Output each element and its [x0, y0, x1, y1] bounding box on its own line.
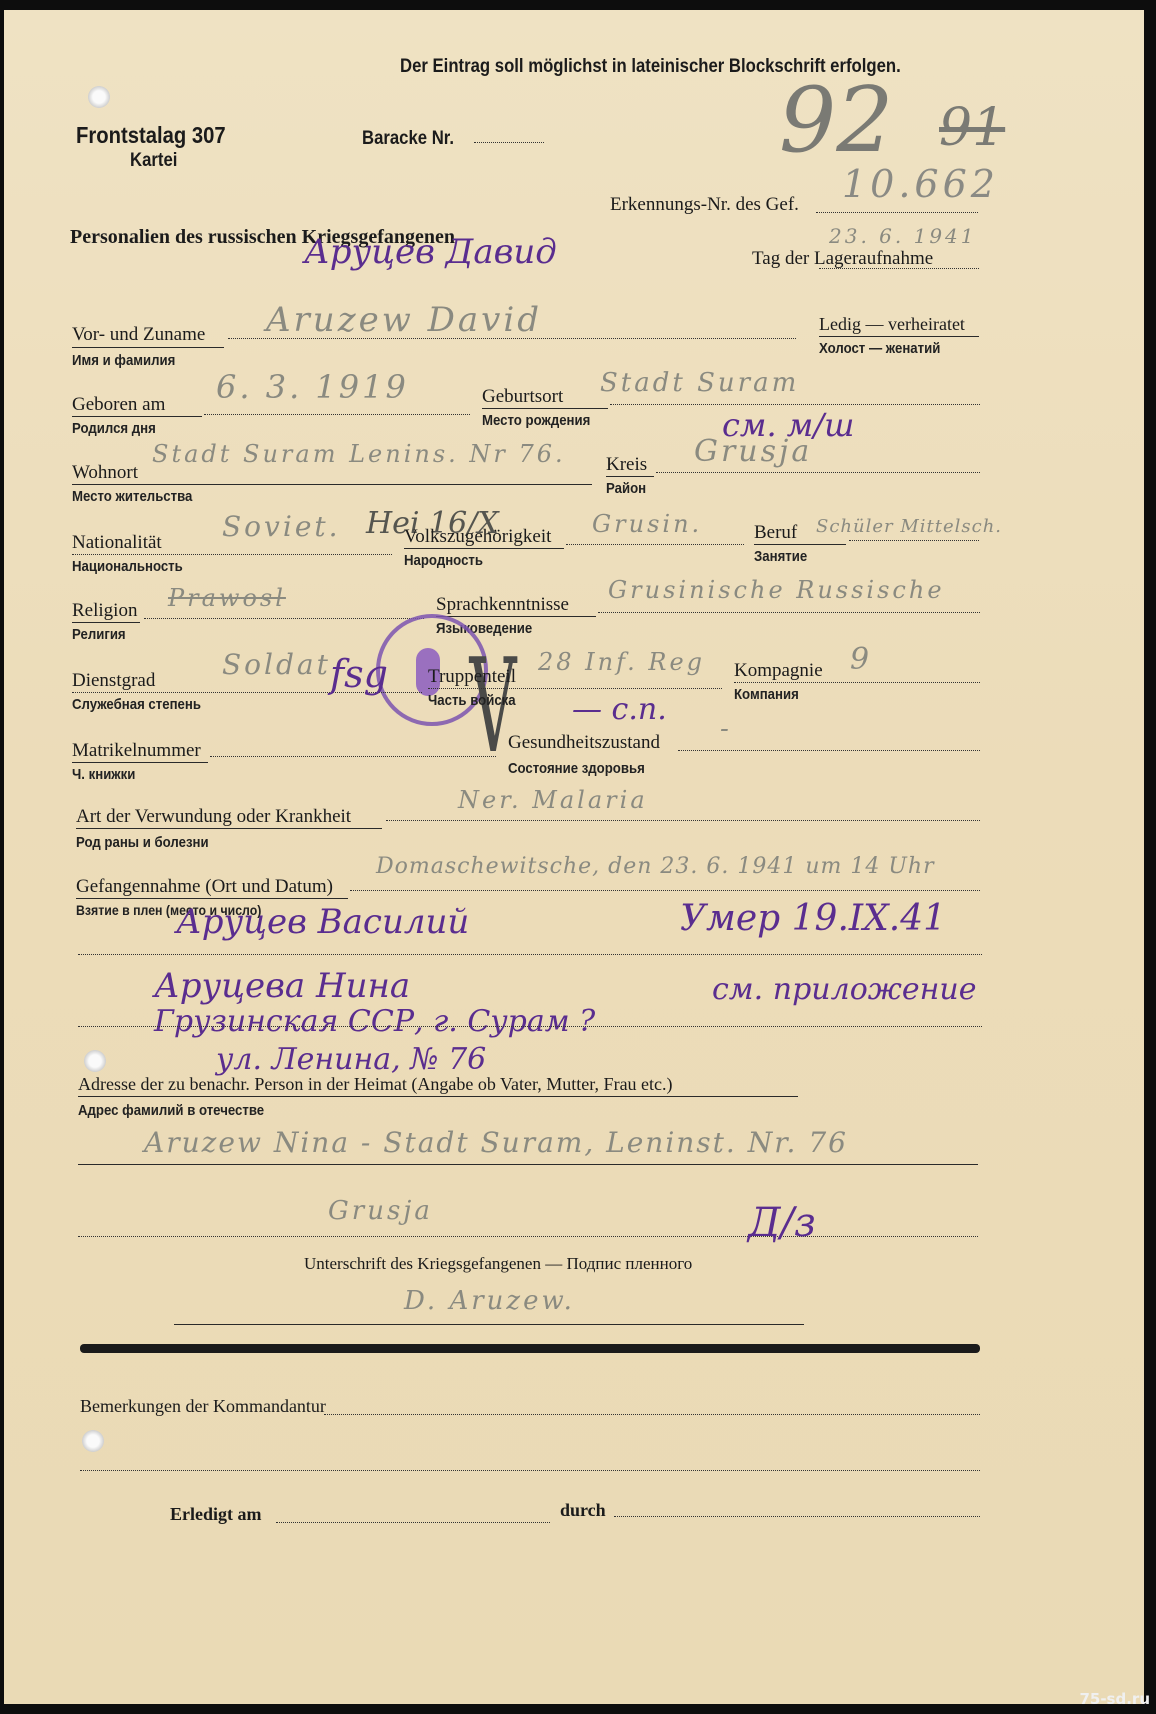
ink-unit-note: — с.п. — [572, 692, 667, 727]
pow-registration-card: Der Eintrag soll möglichst in lateinisch… — [4, 10, 1144, 1704]
contact-label-ru: Адрес фамилий в отечестве — [78, 1102, 264, 1119]
profession-label-ru: Занятие — [754, 548, 807, 565]
wound-label-ru: Род раны и болезни — [76, 834, 209, 851]
divider — [72, 762, 208, 763]
profession-value: Schüler Mittelsch. — [816, 516, 1002, 537]
company-value: 9 — [850, 642, 872, 677]
pow-number-field[interactable] — [816, 212, 978, 213]
remarks-field[interactable] — [324, 1414, 980, 1415]
divider — [482, 408, 608, 409]
residence-value: Stadt Suram Lenins. Nr 76. — [152, 440, 566, 468]
ethnicity-field[interactable] — [566, 544, 744, 545]
divider — [76, 898, 348, 899]
divider — [72, 622, 140, 623]
name-field[interactable] — [228, 338, 796, 339]
ink-name-cyrillic: Аруцев Давид — [304, 232, 557, 272]
languages-label: Sprachkenntnisse — [436, 594, 569, 616]
pencil-number-struck: 91 — [939, 98, 1005, 158]
contact-field-3[interactable] — [78, 1236, 978, 1237]
district-label: Kreis — [606, 454, 647, 476]
profession-field[interactable] — [849, 540, 979, 541]
district-value: Grusja — [694, 434, 812, 469]
divider — [436, 616, 596, 617]
rank-value: Soldat — [222, 648, 331, 681]
punch-hole — [82, 1430, 104, 1452]
birthplace-label: Geburtsort — [482, 386, 563, 408]
rank-label-ru: Служебная степень — [72, 696, 201, 713]
contact-field-2[interactable] — [78, 1164, 978, 1165]
ink-death-record: Аруцев Василий — [176, 902, 469, 942]
company-field[interactable] — [734, 682, 980, 683]
religion-label: Religion — [72, 600, 137, 622]
punch-hole — [84, 1050, 106, 1072]
ink-address-line2: ул. Ленина, № 76 — [216, 1042, 486, 1077]
divider — [72, 484, 592, 485]
service-number-label-ru: Ч. книжки — [72, 766, 135, 783]
camp-admission-field[interactable] — [819, 268, 979, 269]
ink-initials: fsg — [330, 652, 388, 696]
birthplace-value: Stadt Suram — [600, 368, 799, 398]
contact-label: Adresse der zu benachr. Person in der He… — [78, 1074, 673, 1095]
ink-attachment-note: см. приложение — [712, 972, 976, 1007]
signature-field[interactable] — [174, 1324, 804, 1325]
religion-field[interactable] — [144, 618, 424, 619]
remarks-label: Bemerkungen der Kommandantur — [80, 1396, 326, 1417]
ethnicity-label-ru: Народность — [404, 552, 483, 569]
nationality-field[interactable] — [72, 554, 392, 555]
divider — [819, 336, 979, 337]
languages-field[interactable] — [598, 612, 980, 613]
district-label-ru: Район — [606, 480, 646, 497]
ink-address-line1: Грузинская ССР, г. Сурам ? — [154, 1004, 595, 1039]
capture-value: Domaschewitsche, den 23. 6. 1941 um 14 U… — [376, 854, 935, 879]
done-by-field[interactable] — [614, 1516, 980, 1517]
company-label-ru: Компания — [734, 686, 799, 703]
residence-label: Wohnort — [72, 462, 138, 484]
divider — [404, 548, 564, 549]
capture-field[interactable] — [350, 890, 980, 891]
health-value: - — [720, 714, 732, 744]
signature-label: Unterschrift des Kriegsgefangenen — Подп… — [304, 1254, 692, 1274]
birthplace-field[interactable] — [610, 404, 980, 405]
health-label-ru: Состояние здоровья — [508, 760, 645, 777]
done-date-label: Erledigt am — [170, 1504, 262, 1525]
divider — [606, 476, 654, 477]
birthplace-label-ru: Место рождения — [482, 412, 590, 429]
unit-label: Truppenteil — [428, 666, 516, 688]
birth-date-value: 6. 3. 1919 — [216, 368, 409, 406]
wound-field[interactable] — [386, 820, 980, 821]
camp-name: Frontstalag 307 — [76, 122, 226, 149]
remarks-field-2[interactable] — [80, 1470, 980, 1471]
barracks-label: Baracke Nr. — [362, 128, 454, 150]
ink-signature-mark: Д/з — [748, 1200, 816, 1246]
contact-value-line2: Grusja — [328, 1196, 433, 1226]
divider — [78, 1096, 798, 1097]
district-field[interactable] — [656, 472, 980, 473]
nationality-label: Nationalität — [72, 532, 162, 554]
unit-label-ru: Часть войска — [428, 692, 516, 709]
name-label: Vor- und Zuname — [72, 324, 205, 346]
name-label-ru: Имя и фамилия — [72, 352, 175, 369]
pow-number-label: Erkennungs-Nr. des Gef. — [610, 194, 799, 216]
card-type: Kartei — [130, 150, 177, 172]
rank-label: Dienstgrad — [72, 670, 155, 692]
name-value: Aruzew David — [266, 300, 542, 340]
residence-label-ru: Место жительства — [72, 488, 192, 505]
profession-label: Beruf — [754, 522, 797, 544]
divider — [754, 544, 846, 545]
ink-next-of-kin: Аруцева Нина — [154, 966, 410, 1006]
capture-label: Gefangennahme (Ort und Datum) — [76, 876, 333, 898]
done-by-label: durch — [560, 1500, 606, 1521]
section-divider — [80, 1344, 980, 1353]
watermark-label: 75-sd.ru — [1079, 1690, 1150, 1708]
nationality-value: Soviet. — [222, 510, 341, 543]
camp-admission-value: 23. 6. 1941 — [829, 224, 977, 248]
punch-hole — [88, 86, 110, 108]
capture-field-2[interactable] — [78, 954, 982, 955]
wound-value: Ner. Malaria — [458, 786, 648, 814]
divider — [72, 416, 202, 417]
health-label: Gesundheitszustand — [508, 732, 660, 754]
pencil-number-large: 92 — [779, 68, 894, 173]
divider — [72, 347, 224, 348]
service-number-field[interactable] — [210, 756, 496, 757]
unit-value: 28 Inf. Reg — [538, 648, 705, 676]
marital-label-ru: Холост — женатий — [819, 340, 940, 357]
religion-value-struck: Prawosl — [168, 584, 286, 612]
contact-field-1[interactable] — [78, 1026, 982, 1027]
wound-label: Art der Verwundung oder Krankheit — [76, 806, 351, 828]
barracks-field[interactable] — [474, 142, 544, 143]
pow-number-value: 10.662 — [842, 162, 999, 206]
birth-date-field[interactable] — [204, 414, 470, 415]
ethnicity-label: Volkszugehörigkeit — [404, 526, 551, 548]
birth-date-label: Geboren am — [72, 394, 165, 416]
religion-label-ru: Религия — [72, 626, 126, 643]
unit-field[interactable] — [428, 688, 722, 689]
marital-label: Ledig — verheiratet — [819, 314, 965, 335]
company-label: Kompagnie — [734, 660, 823, 682]
health-field[interactable] — [678, 750, 980, 751]
ink-death-date: Умер 19.IX.41 — [680, 898, 946, 939]
done-date-field[interactable] — [276, 1522, 550, 1523]
camp-admission-label: Tag der Lageraufnahme — [752, 248, 933, 270]
divider — [76, 828, 382, 829]
birth-date-label-ru: Родился дня — [72, 420, 156, 437]
languages-value: Grusinische Russische — [608, 576, 945, 604]
contact-value-line1: Aruzew Nina - Stadt Suram, Leninst. Nr. … — [144, 1126, 848, 1159]
service-number-label: Matrikelnummer — [72, 740, 201, 762]
ethnicity-value: Grusin. — [592, 510, 702, 538]
nationality-label-ru: Национальность — [72, 558, 183, 575]
signature-value: D. Aruzew. — [404, 1286, 575, 1316]
